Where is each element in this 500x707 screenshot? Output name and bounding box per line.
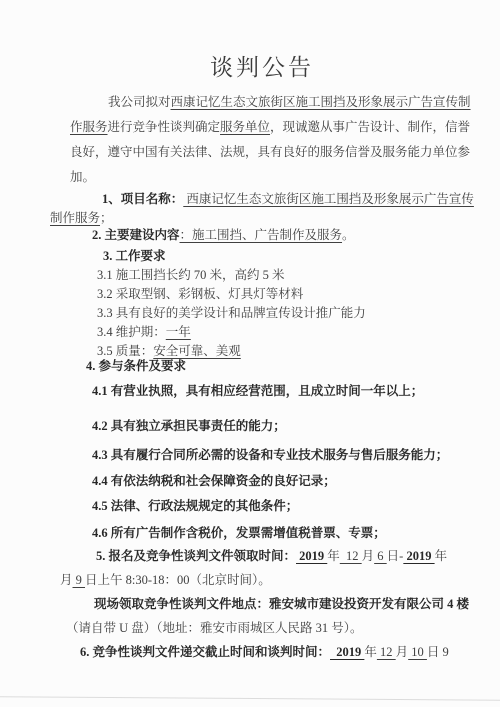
item-4-5-other-conditions: 4.5 法律、行政法规规定的其他条件；: [92, 497, 474, 516]
item-4-3-equipment-service: 4.3 具有履行合同所必需的设备和专业技术服务与售后服务能力；: [92, 446, 474, 465]
item-2-main-content: 2. 主要建设内容：施工围挡、广告制作及服务。: [50, 226, 474, 245]
section-4-heading: 4. 参与条件及要求: [86, 357, 474, 376]
item-3-2-materials: 3.2 采取型钢、彩钢板、灯具灯等材料: [97, 285, 474, 304]
item-1-project-name: 1、项目名称： 西康记忆生态文旅街区施工围挡及形象展示广告宣传制作服务；: [50, 190, 474, 228]
item-3-4-maintenance-period: 3.4 维护期：一年: [97, 323, 474, 342]
item-4-4-tax-record: 4.4 有依法纳税和社会保障资金的良好记录；: [92, 472, 474, 491]
item-6-submission-deadline: 6. 竞争性谈判文件递交截止时间和谈判时间： 2019 年 12 月 10 日 …: [60, 643, 474, 662]
intro-paragraph: 我公司拟对西康记忆生态文旅街区施工围挡及形象展示广告宣传制作服务进行竞争性谈判确…: [70, 90, 474, 190]
doc-title: 谈判公告: [50, 54, 474, 82]
item-3-1-dimensions: 3.1 施工围挡长约 70 米，高约 5 米: [97, 266, 474, 285]
document-body: 谈判公告 我公司拟对西康记忆生态文旅街区施工围挡及形象展示广告宣传制作服务进行竞…: [0, 0, 500, 707]
item-4-2-civil-liability: 4.2 具有独立承担民事责任的能力；: [92, 417, 474, 436]
item-3-3-design-capability: 3.3 具有良好的美学设计和品牌宣传设计推广能力: [97, 304, 474, 323]
item-4-1-business-license: 4.1 有营业执照，具有相应经营范围，且成立时间一年以上；: [92, 382, 474, 401]
document-page: { "colors": { "ink": "#404040", "ink_bol…: [0, 0, 500, 707]
document-pickup-location: 现场领取竞争性谈判文件地点：雅安城市建设投资开发有限公司 4 楼（请自带 U 盘…: [66, 592, 474, 640]
item-5-registration-time: 5. 报名及竞争性谈判文件领取时间： 2019 年 12 月 6 日- 2019…: [60, 544, 474, 592]
page-edge-line: [0, 696, 500, 701]
item-4-6-tax-invoice: 4.6 所有广告制作含税价，发票需增值税普票、专票；: [92, 524, 474, 543]
section-3-heading: 3. 工作要求: [103, 247, 474, 266]
